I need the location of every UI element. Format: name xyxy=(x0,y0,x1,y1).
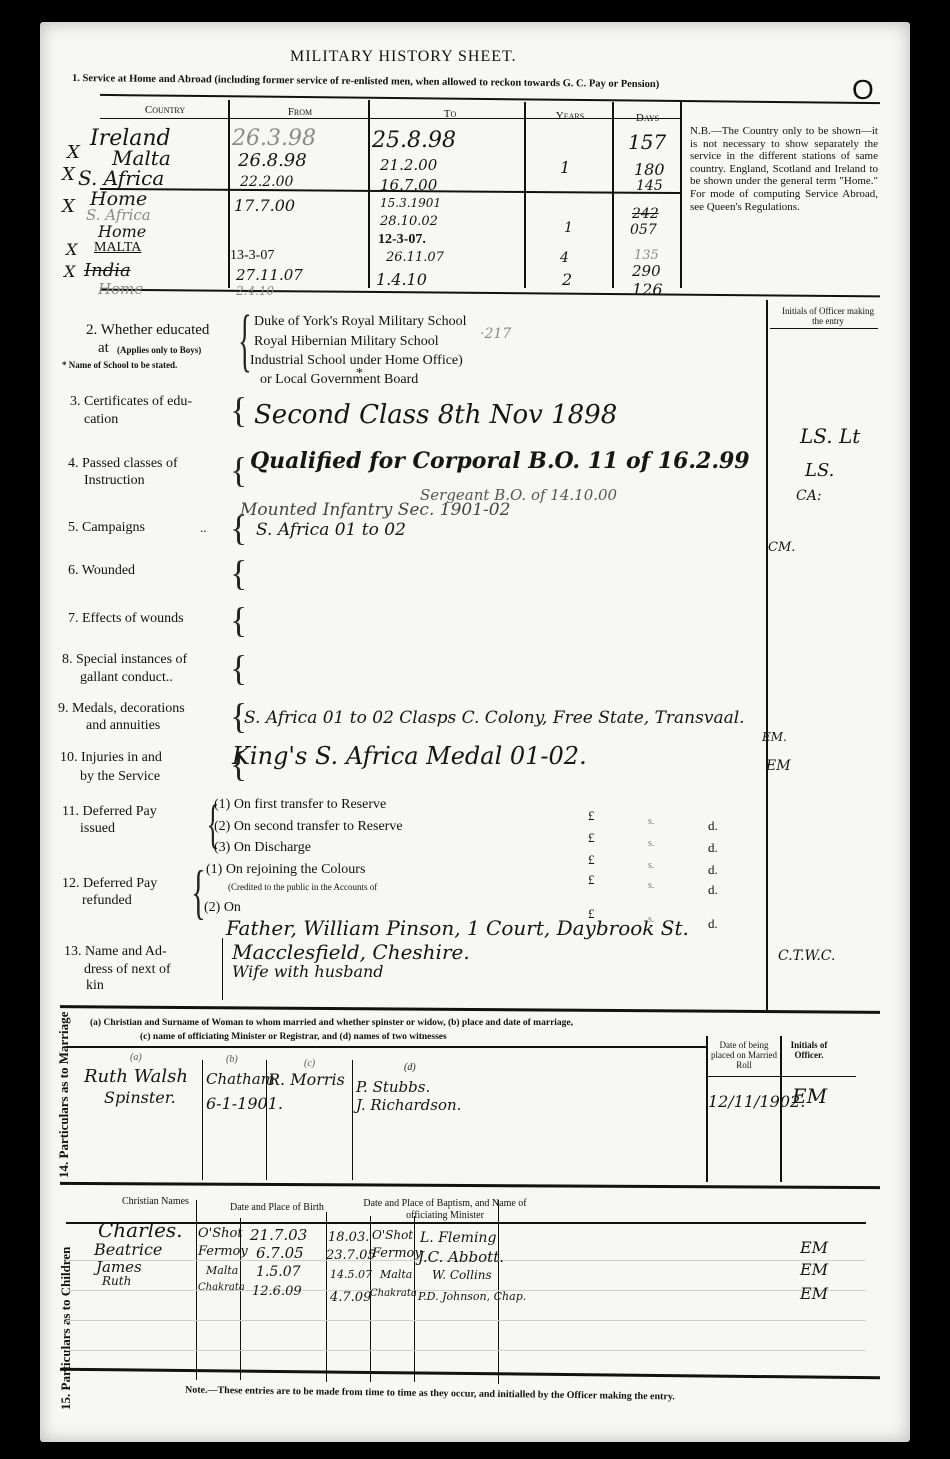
col-from-header: From xyxy=(240,106,360,118)
initials-column-header: Initials of Officer making the entry xyxy=(778,306,878,326)
col-country-header: Country xyxy=(110,104,220,116)
section-effects-label: 7. Effects of wounds xyxy=(68,611,184,627)
col-days-header: Days xyxy=(615,112,680,124)
col-to-header: To xyxy=(380,108,520,120)
section-gallant-label: 8. Special instances of xyxy=(62,652,187,668)
page-title: MILITARY HISTORY SHEET. xyxy=(290,48,517,66)
col-years-header: Years xyxy=(530,110,610,122)
section-wounded-label: 6. Wounded xyxy=(68,563,135,579)
service-note: N.B.—The Country only to be shown—it is … xyxy=(690,125,878,213)
